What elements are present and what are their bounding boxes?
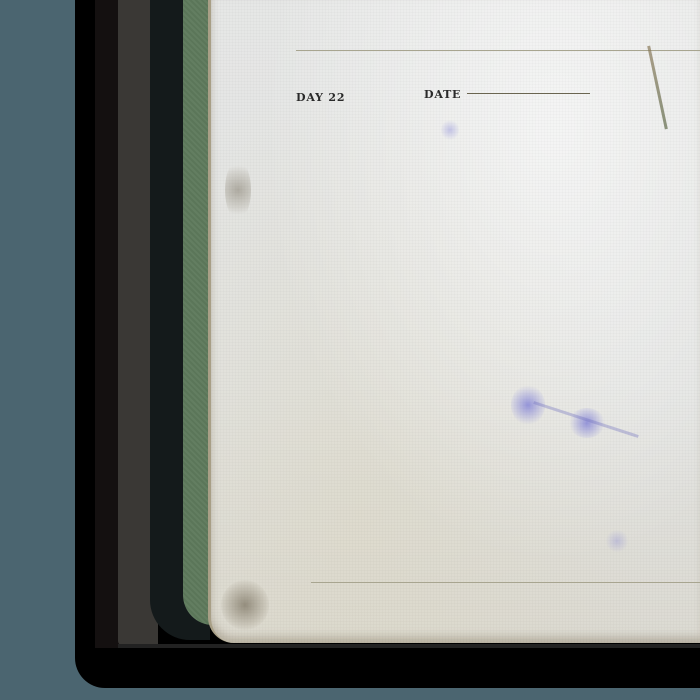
ink-smudge [606,530,628,552]
page-crease [647,46,668,130]
fingerprint-stain [221,580,269,630]
cover-bottom-edge [118,644,700,648]
dirt-stain [225,160,251,220]
top-rule-line [296,50,700,51]
journal-page: DAY 22 DATE [208,0,700,643]
bottom-rule-line [311,582,700,583]
date-blank-line [467,93,590,94]
date-label: DATE [424,88,461,101]
day-label: DAY 22 [296,91,345,104]
photo-scene: DAY 22 DATE [0,0,700,700]
ink-smudge [441,120,459,140]
